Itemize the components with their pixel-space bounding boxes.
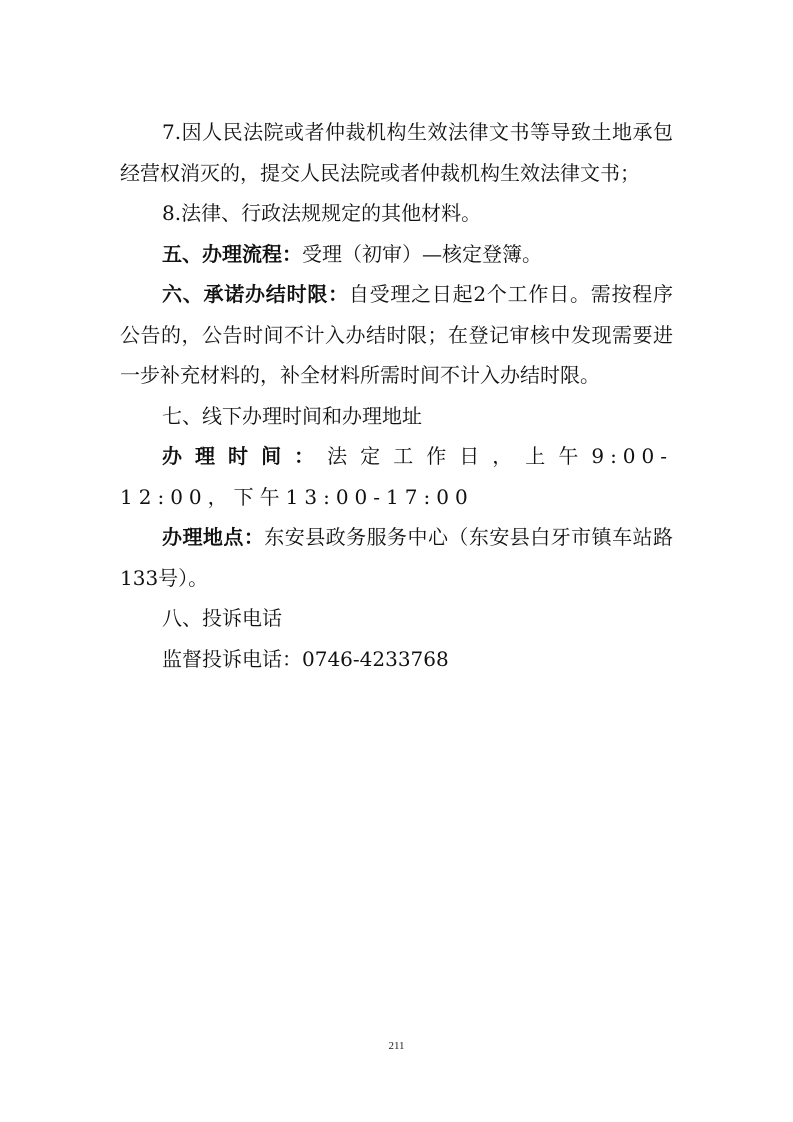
item-8: 8.法律、行政法规规定的其他材料。: [120, 193, 673, 234]
section-5-text: 受理（初审）—核定登簿。: [302, 242, 542, 266]
office-hours: 办理时间：法定工作日，上午9:00-12:00，下午13:00-17:00: [120, 436, 673, 517]
section-6-label: 六、承诺办结时限：: [162, 282, 349, 306]
complaint-phone-number: 0746-4233768: [302, 647, 449, 671]
section-7-heading: 七、线下办理时间和办理地址: [120, 396, 673, 437]
section-6: 六、承诺办结时限：自受理之日起2个工作日。需按程序公告的，公告时间不计入办结时限…: [120, 274, 673, 396]
page-number: 211: [0, 1040, 793, 1052]
section-5-label: 五、办理流程：: [162, 242, 302, 266]
complaint-phone: 监督投诉电话：0746-4233768: [120, 639, 673, 680]
document-body: 7.因人民法院或者仲裁机构生效法律文书等导致土地承包经营权消灭的，提交人民法院或…: [120, 112, 673, 679]
section-8-heading: 八、投诉电话: [120, 598, 673, 639]
office-address-label: 办理地点：: [162, 525, 264, 549]
office-address: 办理地点：东安县政务服务中心（东安县白牙市镇车站路133号）。: [120, 517, 673, 598]
item-7: 7.因人民法院或者仲裁机构生效法律文书等导致土地承包经营权消灭的，提交人民法院或…: [120, 112, 673, 193]
office-hours-label: 办理时间：: [162, 444, 327, 468]
section-5: 五、办理流程：受理（初审）—核定登簿。: [120, 234, 673, 275]
complaint-phone-label: 监督投诉电话：: [162, 647, 302, 671]
